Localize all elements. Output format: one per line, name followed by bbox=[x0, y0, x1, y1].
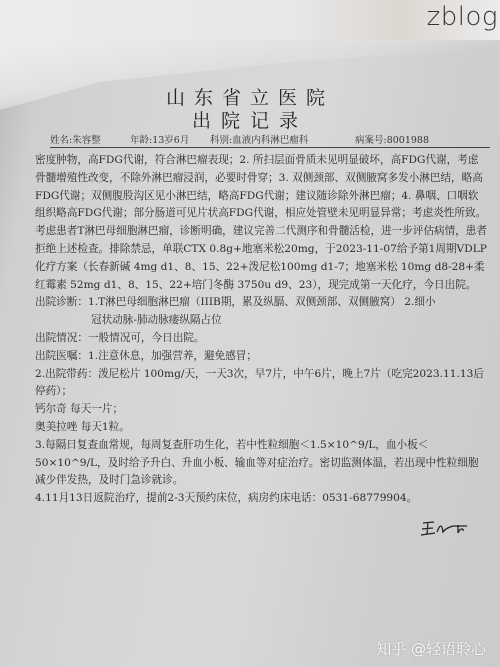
order-1: 1.注意休息，加强营养，避免感冒； bbox=[88, 350, 257, 362]
diagnosis: 出院诊断：1.T淋巴母细胞淋巴瘤（IIIB期，累及纵膈、双侧颈部、双侧腋窝） 2… bbox=[35, 294, 487, 312]
order-2: 2.出院带药：泼尼松片 100mg/天，一天3次，早7片，中午6片，晚上7片（吃… bbox=[35, 366, 487, 402]
discharge-status: 出院情况：一般情况可，今日出院。 bbox=[35, 330, 487, 348]
diagnosis-text: 1.T淋巴母细胞淋巴瘤（IIIB期，累及纵膈、双侧颈部、双侧腋窝） 2.细小 bbox=[88, 296, 436, 308]
site-watermark: zblog bbox=[427, 2, 498, 32]
status-text: 一般情况可，今日出院。 bbox=[88, 332, 205, 344]
order-2b: 奥美拉唑 每天1粒。 bbox=[35, 419, 487, 437]
diagnosis-label: 出院诊断： bbox=[35, 296, 88, 308]
exam-summary: 密度肿物，高FDG代谢，符合淋巴瘤表现；2. 所扫层面骨质未见明显破坏，高FDG… bbox=[35, 152, 487, 294]
document-title: 出院记录 bbox=[0, 106, 500, 133]
department: 科别:血液内科淋巴瘤科 bbox=[210, 132, 308, 146]
patient-header: 姓名:朱容整 年龄:13岁6月 科别:血液内科淋巴瘤科 病案号:8001988 bbox=[50, 131, 490, 148]
patient-age: 年龄:13岁6月 bbox=[130, 132, 189, 146]
status-label: 出院情况： bbox=[35, 332, 88, 344]
order-4: 4.11月13日返院治疗，提前2-3天预约床位，病房约床电话：0531-6877… bbox=[35, 490, 487, 508]
order-3: 3.每隔日复查血常规，每周复查肝功生化，若中性粒细胞＜1.5×10^9/L，血小… bbox=[35, 437, 487, 490]
patient-name: 姓名:朱容整 bbox=[50, 132, 101, 146]
order-2a: 钙尔奇 每天一片； bbox=[35, 401, 487, 419]
discharge-orders: 出院医嘱：1.注意休息，加强营养，避免感冒； bbox=[35, 348, 487, 366]
diagnosis-continued: 冠状动脉-肺动脉瘘纵隔占位 bbox=[35, 312, 487, 330]
top-banner: zblog bbox=[0, 0, 500, 40]
doctor-signature bbox=[420, 518, 470, 540]
record-body: 密度肿物，高FDG代谢，符合淋巴瘤表现；2. 所扫层面骨质未见明显破坏，高FDG… bbox=[35, 152, 487, 508]
orders-label: 出院医嘱： bbox=[35, 350, 88, 362]
case-number: 病案号:8001988 bbox=[355, 132, 429, 146]
discharge-record: 山东省立医院 出院记录 姓名:朱容整 年龄:13岁6月 科别:血液内科淋巴瘤科 … bbox=[0, 0, 500, 667]
zhihu-watermark: 知乎 @轻语聆心 bbox=[376, 638, 486, 659]
